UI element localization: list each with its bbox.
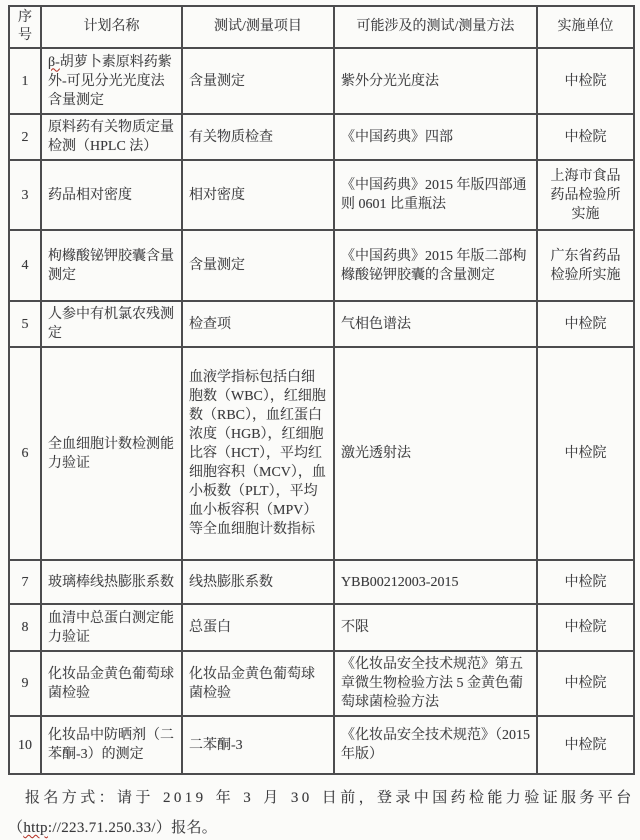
header-plan-name: 计划名称 <box>41 6 182 48</box>
implementing-org: 中检院 <box>537 301 634 347</box>
plan-name: 全血细胞计数检测能力验证 <box>41 347 182 560</box>
implementing-org: 中检院 <box>537 347 634 560</box>
test-method: 《中国药典》四部 <box>334 114 537 160</box>
row-seq-no: 4 <box>9 230 41 301</box>
header-seq-no: 序号 <box>9 6 41 48</box>
test-item: 化妆品金黄色葡萄球菌检验 <box>182 651 334 716</box>
implementing-org: 中检院 <box>537 114 634 160</box>
test-method: 不限 <box>334 604 537 651</box>
spellcheck-marked-text: http <box>23 820 48 836</box>
plan-name: 化妆品中防晒剂（二苯酮-3）的测定 <box>41 716 182 774</box>
test-method: 气相色谱法 <box>334 301 537 347</box>
test-item: 含量测定 <box>182 48 334 114</box>
test-item: 二苯酮-3 <box>182 716 334 774</box>
plan-name: 枸橼酸铋钾胶囊含量测定 <box>41 230 182 301</box>
signup-url[interactable]: http://223.71.250.33/ <box>23 820 156 836</box>
row-seq-no: 6 <box>9 347 41 560</box>
implementing-org: 中检院 <box>537 651 634 716</box>
row-seq-no: 2 <box>9 114 41 160</box>
table-row: 3药品相对密度相对密度《中国药典》2015 年版四部通则 0601 比重瓶法上海… <box>9 160 634 230</box>
test-item: 血液学指标包括白细胞数（WBC），红细胞数（RBC），血红蛋白浓度（HGB），红… <box>182 347 334 560</box>
row-seq-no: 7 <box>9 560 41 604</box>
implementing-org: 中检院 <box>537 716 634 774</box>
table-row: 2原料药有关物质定量检测（HPLC 法）有关物质检查《中国药典》四部中检院 <box>9 114 634 160</box>
table-row: 6全血细胞计数检测能力验证血液学指标包括白细胞数（WBC），红细胞数（RBC），… <box>9 347 634 560</box>
plan-name: 化妆品金黄色葡萄球菌检验 <box>41 651 182 716</box>
implementing-org: 上海市食品药品检验所实施 <box>537 160 634 230</box>
test-item: 有关物质检查 <box>182 114 334 160</box>
table-body: 1β-胡萝卜素原料药紫外-可见分光光度法含量测定含量测定紫外分光光度法中检院2原… <box>9 48 634 774</box>
plan-name: 药品相对密度 <box>41 160 182 230</box>
test-item: 线热膨胀系数 <box>182 560 334 604</box>
table-row: 8血清中总蛋白测定能力验证总蛋白不限中检院 <box>9 604 634 651</box>
row-seq-no: 10 <box>9 716 41 774</box>
plan-name: β-胡萝卜素原料药紫外-可见分光光度法含量测定 <box>41 48 182 114</box>
implementing-org: 中检院 <box>537 604 634 651</box>
row-seq-no: 5 <box>9 301 41 347</box>
row-seq-no: 1 <box>9 48 41 114</box>
test-method: 《化妆品安全技术规范》（2015 年版） <box>334 716 537 774</box>
row-seq-no: 8 <box>9 604 41 651</box>
row-seq-no: 9 <box>9 651 41 716</box>
header-implementing-org: 实施单位 <box>537 6 634 48</box>
table-header: 序号 计划名称 测试/测量项目 可能涉及的测试/测量方法 实施单位 <box>9 6 634 48</box>
test-method: 紫外分光光度法 <box>334 48 537 114</box>
test-item: 相对密度 <box>182 160 334 230</box>
implementing-org: 中检院 <box>537 48 634 114</box>
table-row: 4枸橼酸铋钾胶囊含量测定含量测定《中国药典》2015 年版二部枸橼酸铋钾胶囊的含… <box>9 230 634 301</box>
test-method: 《中国药典》2015 年版四部通则 0601 比重瓶法 <box>334 160 537 230</box>
header-test-method: 可能涉及的测试/测量方法 <box>334 6 537 48</box>
document-page: 序号 计划名称 测试/测量项目 可能涉及的测试/测量方法 实施单位 1β-胡萝卜… <box>0 0 640 840</box>
test-method: YBB00212003-2015 <box>334 560 537 604</box>
open-paren: （ <box>8 820 23 836</box>
signup-note-end: ）报名。 <box>156 820 217 836</box>
test-item: 总蛋白 <box>182 604 334 651</box>
table-row: 10化妆品中防晒剂（二苯酮-3）的测定二苯酮-3《化妆品安全技术规范》（2015… <box>9 716 634 774</box>
plan-name: 血清中总蛋白测定能力验证 <box>41 604 182 651</box>
plan-name: 玻璃棒线热膨胀系数 <box>41 560 182 604</box>
test-method: 激光透射法 <box>334 347 537 560</box>
table-row: 7玻璃棒线热膨胀系数线热膨胀系数YBB00212003-2015中检院 <box>9 560 634 604</box>
test-item: 含量测定 <box>182 230 334 301</box>
signup-note: 报名方式：请于 2019 年 3 月 30 日前，登录中国药检能力验证服务平台 … <box>8 787 633 840</box>
spellcheck-marked-text: β- <box>48 55 60 70</box>
table-row: 5人参中有机氯农残测定检查项气相色谱法中检院 <box>9 301 634 347</box>
plan-name: 人参中有机氯农残测定 <box>41 301 182 347</box>
plan-name: 原料药有关物质定量检测（HPLC 法） <box>41 114 182 160</box>
table-row: 1β-胡萝卜素原料药紫外-可见分光光度法含量测定含量测定紫外分光光度法中检院 <box>9 48 634 114</box>
implementing-org: 广东省药品检验所实施 <box>537 230 634 301</box>
table-row: 9化妆品金黄色葡萄球菌检验化妆品金黄色葡萄球菌检验《化妆品安全技术规范》第五章微… <box>9 651 634 716</box>
test-item: 检查项 <box>182 301 334 347</box>
signup-note-line2: （http://223.71.250.33/）报名。 <box>8 817 633 840</box>
proficiency-testing-plan-table: 序号 计划名称 测试/测量项目 可能涉及的测试/测量方法 实施单位 1β-胡萝卜… <box>8 5 635 775</box>
signup-note-line1: 报名方式：请于 2019 年 3 月 30 日前，登录中国药检能力验证服务平台 <box>8 787 633 810</box>
row-seq-no: 3 <box>9 160 41 230</box>
test-method: 《化妆品安全技术规范》第五章微生物检验方法 5 金黄色葡萄球菌检验方法 <box>334 651 537 716</box>
header-row: 序号 计划名称 测试/测量项目 可能涉及的测试/测量方法 实施单位 <box>9 6 634 48</box>
test-method: 《中国药典》2015 年版二部枸橼酸铋钾胶囊的含量测定 <box>334 230 537 301</box>
header-test-item: 测试/测量项目 <box>182 6 334 48</box>
implementing-org: 中检院 <box>537 560 634 604</box>
